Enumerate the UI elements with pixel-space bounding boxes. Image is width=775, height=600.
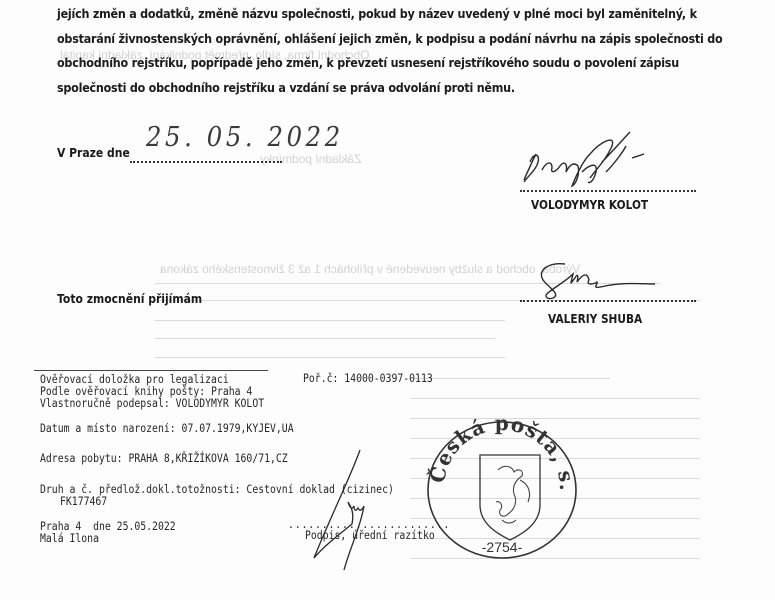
official-name: Malá Ilona xyxy=(40,533,99,545)
id-document-number: FK177467 xyxy=(60,496,107,508)
paragraph-line: obstarání živnostenských oprávnění, ohlá… xyxy=(57,27,689,52)
official-signature xyxy=(310,448,370,573)
signed-line: Vlastnoručně podepsal: VOLODYMYR KOLOT xyxy=(40,398,264,410)
lion-icon xyxy=(496,466,530,523)
postal-stamp: Česká pošta, s.p. -2754- xyxy=(420,410,580,560)
handwritten-date: 25. 05. 2022 xyxy=(146,122,344,153)
address-line: Adresa pobytu: PRAHA 8,KŘIŽÍKOVA 160/71,… xyxy=(40,453,288,465)
bleed-text: Výroba, obchod a služby neuvedené v příl… xyxy=(160,262,580,276)
paragraph-line: obchodního rejstříku, popřípadě jeho změ… xyxy=(57,51,689,76)
attorney-signature xyxy=(535,262,675,302)
stamp-text: Česká pošta, s.p. xyxy=(413,391,580,492)
svg-text:Česká pošta, s.p.: Česká pošta, s.p. xyxy=(413,391,580,492)
birth-line: Datum a místo narození: 07.07.1979,KYJEV… xyxy=(40,423,294,435)
principal-signature xyxy=(520,132,720,192)
paragraph-line: společnosti do obchodního rejstříku a vz… xyxy=(57,76,689,101)
attorney-name: VALERIY SHUBA xyxy=(548,312,642,326)
bleed-text: Základní podmínky xyxy=(260,152,361,166)
date-dotted-line xyxy=(130,161,282,163)
attorney-signature-line xyxy=(520,300,696,302)
principal-signature-line xyxy=(520,190,696,192)
acceptance-label: Toto zmocnění přijímám xyxy=(57,292,202,306)
order-number: Poř.č: 14000-0397-0113 xyxy=(303,373,433,385)
stamp-number: -2754- xyxy=(482,539,523,555)
place-date-label: V Praze dne xyxy=(57,146,130,160)
principal-name: VOLODYMYR KOLOT xyxy=(531,198,648,212)
clause-separator xyxy=(34,370,268,371)
power-of-attorney-paragraph: jejích změn a dodatků, změně názvu spole… xyxy=(57,2,689,100)
paragraph-line: jejích změn a dodatků, změně názvu spole… xyxy=(57,2,689,27)
